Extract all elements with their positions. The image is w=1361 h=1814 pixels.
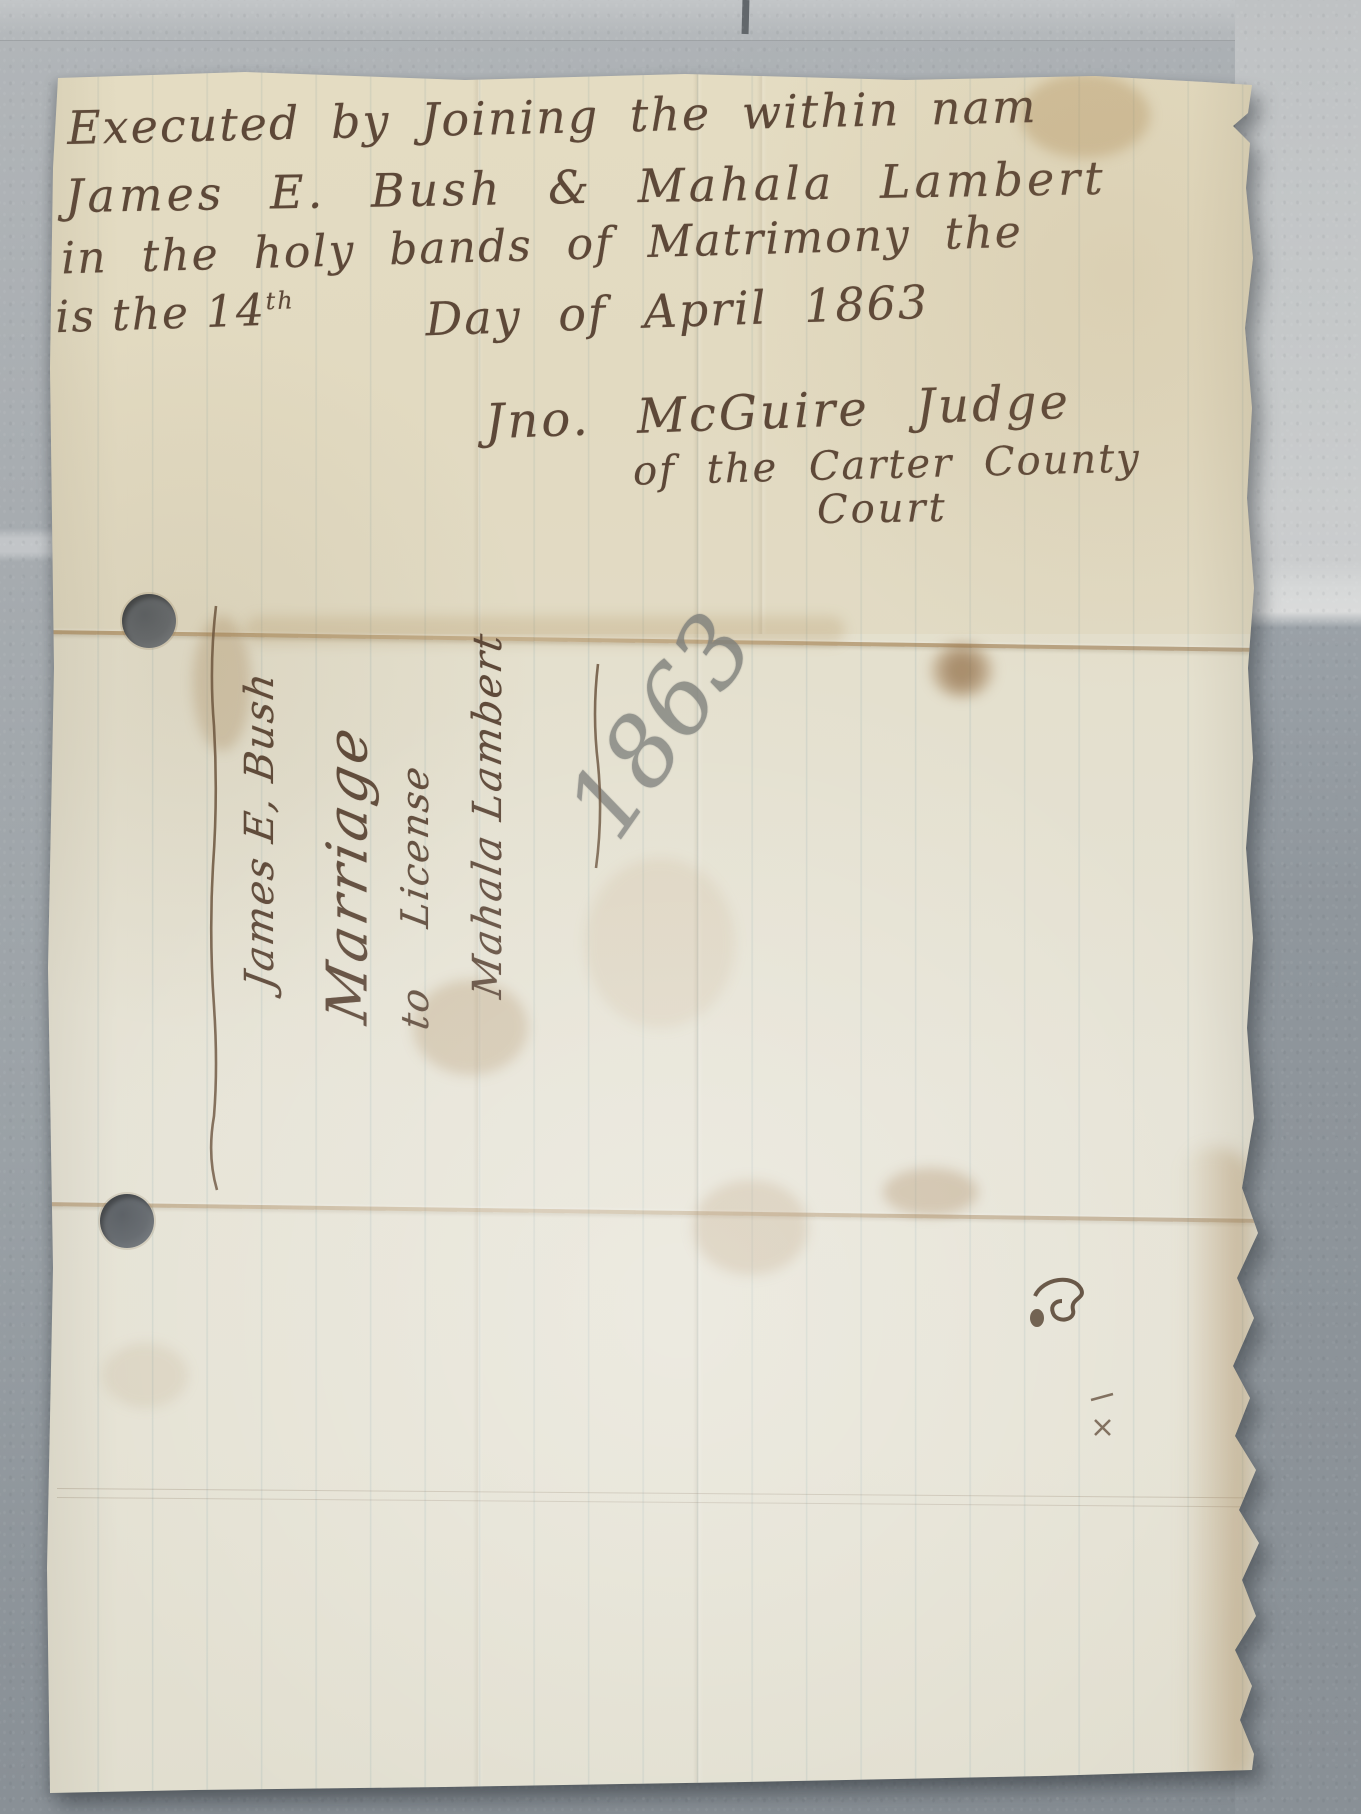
docket-license-label: to License — [393, 643, 437, 1151]
stain-smudge-center — [693, 1180, 808, 1275]
paper-shadow-wrapper: Executed by Joining the within nam James… — [45, 68, 1265, 1794]
docket-marriage-label: Marriage — [316, 597, 381, 1151]
stain-faint-center — [585, 858, 735, 1028]
pencil-year: 1863 — [534, 579, 786, 873]
punch-hole-top — [122, 594, 176, 648]
note-line-4-end: Day of April 1863 — [424, 275, 930, 347]
docket-party1: James E, Bush — [237, 606, 283, 1054]
docket-party2: Mahala Lambert — [465, 581, 511, 1049]
background-top-shelf-edge — [0, 0, 1361, 41]
horizontal-fold-crease-lower — [45, 1202, 1255, 1223]
vertical-fold-crease-3 — [757, 68, 767, 634]
background-top-dark-groove — [742, 0, 750, 34]
stain-top-right-corner — [1020, 73, 1150, 158]
printed-double-rule — [57, 1488, 1247, 1507]
small-ink-mark — [1091, 1394, 1113, 1435]
docket-bracket-line-left — [211, 606, 217, 1190]
note-line-4-start: is the 14 — [54, 285, 266, 343]
ink-blot-right-edge — [1035, 1280, 1082, 1320]
stain-mid-lower — [883, 1168, 978, 1216]
stain-faint-left — [103, 1343, 188, 1408]
stain-dark-blob — [930, 643, 994, 698]
note-line-1: Executed by Joining the within nam — [67, 79, 1039, 155]
punch-hole-bottom — [100, 1194, 154, 1248]
document-paper-sheet: Executed by Joining the within nam James… — [45, 68, 1265, 1794]
ink-blot-drop — [1030, 1309, 1044, 1327]
stain-torn-edge-browning — [1180, 1148, 1250, 1788]
note-line-4-superscript: th — [265, 286, 295, 315]
photo-of-document: Executed by Joining the within nam James… — [0, 0, 1361, 1814]
signature-court-word: Court — [817, 485, 948, 533]
